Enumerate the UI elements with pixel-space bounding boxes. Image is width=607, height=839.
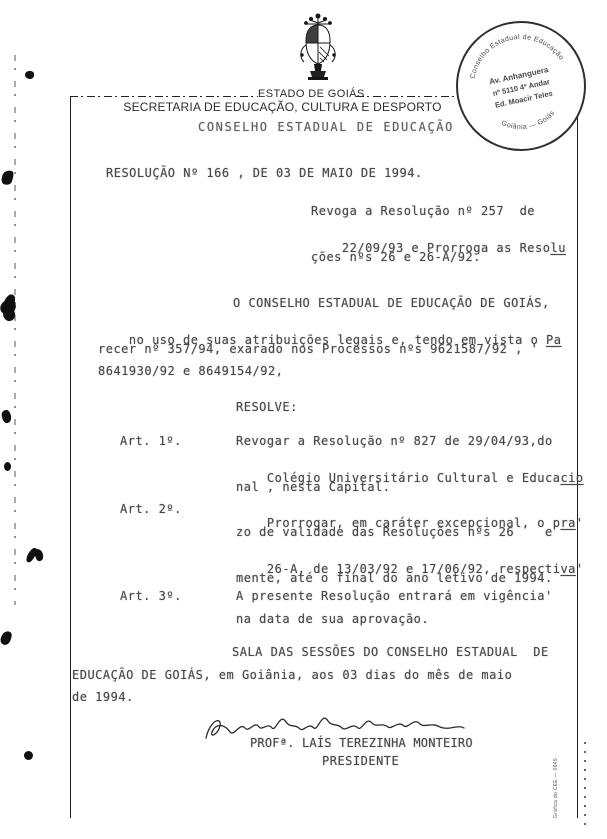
underlined-segment: ra (560, 516, 575, 530)
closing-line-2: EDUCAÇÃO DE GOIÁS, em Goiânia, aos 03 di… (72, 668, 512, 682)
closing-line-1: SALA DAS SESSÕES DO CONSELHO ESTADUAL DE (232, 645, 549, 659)
article-1-line-1: Revogar a Resolução nº 827 de 29/04/93,d… (236, 434, 553, 448)
preamble-line-3: recer nº 357/94, exarado nos Processos n… (98, 342, 538, 356)
underlined-segment: cio (560, 471, 583, 485)
ink-blot (0, 630, 13, 646)
signatory-role: PRESIDENTE (322, 754, 399, 768)
ink-blot (0, 294, 22, 324)
underlined-segment: Pa (546, 333, 561, 347)
article-2-line-4: mente, até o final do ano letivo de 1994… (236, 571, 553, 585)
ementa-line-3: ções nºs 26 e 26-A/92. (311, 250, 481, 264)
frame-left-border (70, 97, 71, 818)
letterhead-secretariat: SECRETARIA DE EDUCAÇÃO, CULTURA E DESPOR… (90, 100, 475, 114)
resolve-label: RESOLVE: (236, 400, 298, 414)
underlined-segment: va (560, 562, 575, 576)
article-1-label: Art. 1º. (120, 434, 182, 448)
frame-top-border-left (70, 96, 258, 97)
text-segment: ' (576, 516, 584, 530)
letterhead-state: ESTADO DE GOIÁS (258, 88, 358, 100)
article-3-line-1: A presente Resolução entrará em vigência… (236, 589, 553, 603)
ementa-line-1: Revoga a Resolução nº 257 de (311, 204, 535, 218)
closing-line-3: de 1994. (72, 690, 134, 704)
goias-coat-of-arms-icon (296, 11, 340, 83)
text-segment: ' (576, 562, 584, 576)
article-2-line-2: zo de validade das Resoluções nºs 26 e (236, 525, 553, 539)
scan-perforation-left (14, 55, 16, 605)
ink-blot (28, 545, 46, 565)
ink-blot (0, 169, 15, 187)
round-address-stamp: Conselho Estadual de Educação Av. Anhang… (456, 21, 586, 151)
perforation-dots-right (584, 742, 586, 828)
document-title: RESOLUÇÃO Nº 166 , DE 03 DE MAIO DE 1994… (106, 166, 423, 180)
signatory-name: PROFª. LAÍS TEREZINHA MONTEIRO (250, 736, 473, 750)
underlined-segment: lu (550, 241, 565, 255)
preamble-line-4: 8641930/92 e 8649154/92, (98, 364, 283, 378)
article-2-label: Art. 2º. (120, 502, 182, 516)
stamp-graphic: Conselho Estadual de Educação Av. Anhang… (458, 23, 584, 149)
letterhead-council: CONSELHO ESTADUAL DE EDUCAÇÃO (198, 120, 454, 134)
scanned-resolution-page: ESTADO DE GOIÁS SECRETARIA DE EDUCAÇÃO, … (0, 0, 607, 839)
article-3-label: Art. 3º. (120, 589, 182, 603)
article-1-line-3: nal , nesta Capital. (236, 480, 391, 494)
ink-blot (24, 751, 33, 760)
article-3-line-2: na data de sua aprovação. (236, 612, 429, 626)
preamble-line-1: O CONSELHO ESTADUAL DE EDUCAÇÃO DE GOIÁS… (233, 296, 550, 310)
print-code-vertical: Gráfica do CEE — 0945 (553, 744, 563, 818)
stamp-bottom-arc-text: Goiânia — Goiás (499, 109, 559, 137)
ink-blot (4, 462, 11, 471)
svg-text:Goiânia — Goiás: Goiânia — Goiás (499, 109, 559, 137)
ink-blot (1, 409, 13, 424)
ink-blot (25, 71, 34, 79)
